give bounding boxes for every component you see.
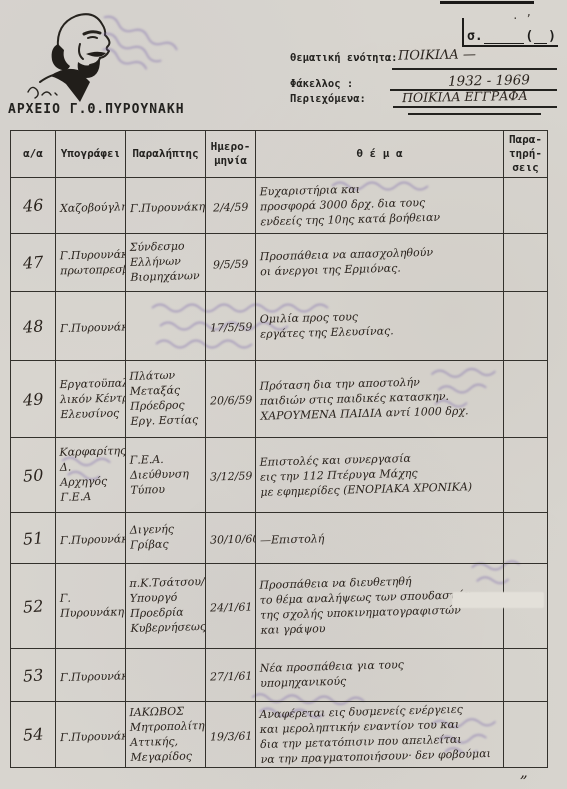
field-label-thematic-unit: θεματική ενότητα: [290, 52, 397, 64]
table-row: 51 Γ.Πυρουνάκης Διγενής Γρίβας 30/10/60 … [11, 513, 548, 564]
register-table: α/α Υπογράφει Παραλήπτης Ημερο- μηνία θ … [10, 130, 548, 768]
cell-notes [504, 292, 548, 361]
cell-subject: Πρόταση δια την αποστολήν παιδιών στις π… [256, 361, 504, 438]
cell-subject: Επιστολές και συνεργασία εις την 112 Πτέ… [256, 438, 504, 513]
cell-date: 24/1/61 [206, 564, 256, 649]
cell-recipient: ΙΑΚΩΒΟΣ Μητροπολίτης Αττικής, Μεγαρίδος [126, 702, 206, 768]
correction-fluid-patch [452, 592, 544, 608]
cell-recipient: π.Κ.Τσάτσου/ Υπουργό Προεδρία Κυβερνήσεω… [126, 564, 206, 649]
cell-date: 2/4/59 [206, 178, 256, 234]
cell-signer: Χαζοβούγλης [56, 178, 126, 234]
cell-subject: Ομιλία προς τους εργάτες της Ελευσίνας. [256, 292, 504, 361]
cell-num: 54 [11, 702, 56, 768]
cell-notes [504, 361, 548, 438]
scanned-archive-page: · ’ ΑΡΧΕΙΟ Γ.Θ.ΠΥΡΟΥΝΑΚΗ σ. ( ) [0, 0, 567, 789]
paren-open: ( [525, 29, 533, 44]
header-recipient: Παραλήπτης [126, 131, 206, 178]
table-header-row: α/α Υπογράφει Παραλήπτης Ημερο- μηνία θ … [11, 131, 548, 178]
page-number-box: σ. ( ) [462, 18, 558, 47]
cell-num: 52 [11, 564, 56, 649]
field-value-thematic-unit: ΠΟΙΚΙΛΑ — [398, 47, 476, 63]
cell-recipient [126, 292, 206, 361]
cell-recipient [126, 649, 206, 702]
cell-subject: Προσπάθεια να απασχοληθούν οι άνεργοι τη… [256, 234, 504, 292]
cell-signer: Εργατοϋπαλλη- λικόν Κέντρον Ελευσίνος [56, 361, 126, 438]
cell-date: 17/5/59 [206, 292, 256, 361]
table-row: 50 Καρφαρίτης Δ. Αρχηγός Γ.Ε.Α Γ.Ε.Α. Δι… [11, 438, 548, 513]
cell-num: 51 [11, 513, 56, 564]
cell-notes [504, 234, 548, 292]
cell-num: 50 [11, 438, 56, 513]
table-row: 53 Γ.Πυρουνάκης 27/1/61 Νέα προσπάθεια γ… [11, 649, 548, 702]
cell-date: 30/10/60 [206, 513, 256, 564]
cell-date: 20/6/59 [206, 361, 256, 438]
table-row: 46 Χαζοβούγλης Γ.Πυρουνάκης 2/4/59 Ευχαρ… [11, 178, 548, 234]
cell-date: 3/12/59 [206, 438, 256, 513]
cell-signer: Γ.Πυρουνάκης [56, 702, 126, 768]
field-label-folder: Φάκελλος : [290, 78, 353, 90]
cell-num: 53 [11, 649, 56, 702]
cell-recipient: Γ.Ε.Α. Διεύθυνση Τύπου [126, 438, 206, 513]
archive-title: ΑΡΧΕΙΟ Γ.Θ.ΠΥΡΟΥΝΑΚΗ [8, 102, 185, 117]
cell-notes [504, 649, 548, 702]
cell-signer: Καρφαρίτης Δ. Αρχηγός Γ.Ε.Α [56, 438, 126, 513]
cell-signer: Γ.Πυρουνάκης [56, 292, 126, 361]
cell-notes [504, 513, 548, 564]
cell-date: 19/3/61 [206, 702, 256, 768]
cell-date: 27/1/61 [206, 649, 256, 702]
page-count-blank [534, 31, 547, 44]
field-value-contents: ΠΟΙΚΙΛΑ ΕΓΓΡΑΦΑ [402, 88, 528, 105]
table-row: 48 Γ.Πυρουνάκης 17/5/59 Ομιλία προς τους… [11, 292, 548, 361]
cell-notes [504, 178, 548, 234]
page-number-blank [484, 31, 525, 44]
field-label-contents: Περιεχόμενα: [290, 93, 366, 105]
cell-signer: Γ. Πυρουνάκης [56, 564, 126, 649]
cell-num: 47 [11, 234, 56, 292]
field-rule [393, 106, 557, 108]
portrait-sketch-icon [20, 4, 138, 108]
header-signer: Υπογράφει [56, 131, 126, 178]
header-date: Ημερο- μηνία [206, 131, 256, 178]
cell-num: 46 [11, 178, 56, 234]
cell-subject: Νέα προσπάθεια για τους υπομηχανικούς [256, 649, 504, 702]
header-notes: Παρα- τηρή- σεις [504, 131, 548, 178]
cell-date: 9/5/59 [206, 234, 256, 292]
cell-notes [504, 702, 548, 768]
cell-signer: Γ.Πυρουνάκης πρωτοπρεσβύτερος [56, 234, 126, 292]
cell-signer: Γ.Πυρουνάκης [56, 649, 126, 702]
cell-notes [504, 438, 548, 513]
cell-num: 48 [11, 292, 56, 361]
ditto-mark: „ [520, 763, 528, 781]
paren-close: ) [548, 29, 556, 44]
cell-subject: Ευχαριστήρια και προσφορά 3000 δρχ. δια … [256, 178, 504, 234]
field-rule [392, 68, 557, 70]
cell-recipient: Γ.Πυρουνάκης [126, 178, 206, 234]
table-row: 49 Εργατοϋπαλλη- λικόν Κέντρον Ελευσίνος… [11, 361, 548, 438]
table-row: 54 Γ.Πυρουνάκης ΙΑΚΩΒΟΣ Μητροπολίτης Αττ… [11, 702, 548, 768]
header-subject: θ έ μ α [256, 131, 504, 178]
cell-recipient: Πλάτων Μεταξάς Πρόεδρος Εργ. Εστίας [126, 361, 206, 438]
cell-signer: Γ.Πυρουνάκης [56, 513, 126, 564]
table-row: 47 Γ.Πυρουνάκης πρωτοπρεσβύτερος Σύνδεσμ… [11, 234, 548, 292]
cell-recipient: Διγενής Γρίβας [126, 513, 206, 564]
header-num: α/α [11, 131, 56, 178]
cell-num: 49 [11, 361, 56, 438]
cell-subject: Αναφέρεται εις δυσμενείς ενέργειες και μ… [256, 702, 504, 768]
scan-edge-artifact [440, 1, 534, 4]
cell-subject: —Επιστολή [256, 513, 504, 564]
cell-recipient: Σύνδεσμο Ελλήνων Βιομηχάνων [126, 234, 206, 292]
field-rule [408, 113, 541, 115]
page-number-label: σ. [467, 29, 483, 44]
